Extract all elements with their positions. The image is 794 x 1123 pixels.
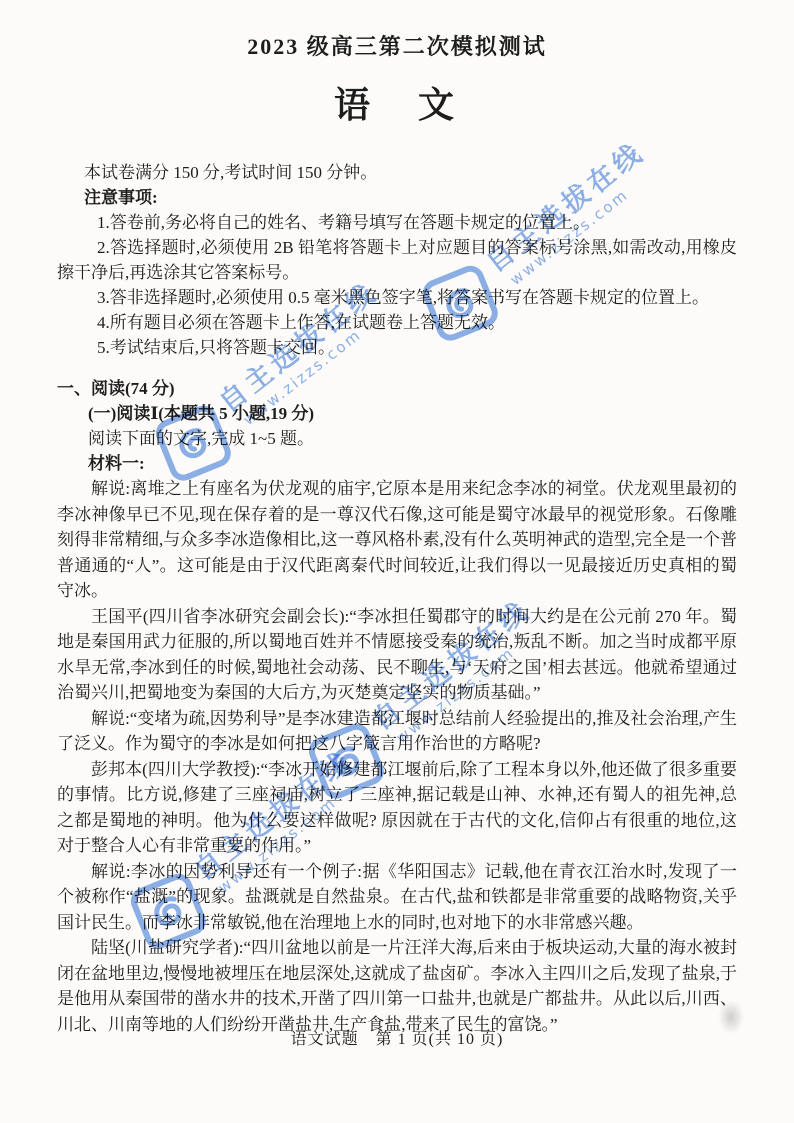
exam-title: 2023 级高三第二次模拟测试 [57, 34, 737, 59]
subject-title: 语 文 [57, 93, 737, 118]
passage-paragraph: 王国平(四川省李冰研究会副会长):“李冰担任蜀郡守的时间大约是在公元前 270 … [57, 604, 737, 706]
exam-page: 2023 级高三第二次模拟测试 语 文 本试卷满分 150 分,考试时间 150… [0, 0, 794, 1123]
notice-item: 1.答卷前,务必将自己的姓名、考籍号填写在答题卡规定的位置上。 [57, 210, 737, 235]
section-heading-reading: 一、阅读(74 分) [57, 376, 737, 401]
notice-item: 3.答非选择题时,必须使用 0.5 毫米黑色签字笔,将答案书写在答题卡规定的位置… [57, 285, 737, 310]
reading-passage: 解说:离堆之上有座名为伏龙观的庙宇,它原本是用来纪念李冰的祠堂。伏龙观里最初的李… [57, 476, 737, 1037]
material-one-label: 材料一: [88, 451, 737, 476]
notice-item: 5.考试结束后,只将答题卡交回。 [57, 335, 737, 360]
reading-instruction: 阅读下面的文字,完成 1~5 题。 [88, 426, 737, 451]
passage-paragraph: 解说:“变堵为疏,因势利导”是李冰建造都江堰时总结前人经验提出的,推及社会治理,… [57, 706, 737, 757]
notice-heading: 注意事项: [84, 185, 737, 210]
notice-list: 1.答卷前,务必将自己的姓名、考籍号填写在答题卡规定的位置上。2.答选择题时,必… [57, 210, 737, 360]
subsection-heading-reading-1: (一)阅读Ⅰ(本题共 5 小题,19 分) [88, 401, 737, 426]
notice-item: 2.答选择题时,必须使用 2B 铅笔将答题卡上对应题目的答案标号涂黑,如需改动,… [57, 235, 737, 285]
passage-paragraph: 陆坚(川盐研究学者):“四川盆地以前是一片汪洋大海,后来由于板块运动,大量的海水… [57, 935, 737, 1037]
page-content: 2023 级高三第二次模拟测试 语 文 本试卷满分 150 分,考试时间 150… [0, 0, 794, 1037]
passage-paragraph: 彭邦本(四川大学教授):“李冰开始修建都江堰前后,除了工程本身以外,他还做了很多… [57, 757, 737, 859]
passage-paragraph: 解说:离堆之上有座名为伏龙观的庙宇,它原本是用来纪念李冰的祠堂。伏龙观里最初的李… [57, 476, 737, 604]
page-footer: 语文试题 第 1 页(共 10 页) [0, 1026, 794, 1049]
passage-paragraph: 解说:李冰的因势利导还有一个例子:据《华阳国志》记载,他在青衣江治水时,发现了一… [57, 859, 737, 936]
notice-item: 4.所有题目必须在答题卡上作答,在试题卷上答题无效。 [57, 310, 737, 335]
exam-intro: 本试卷满分 150 分,考试时间 150 分钟。 [57, 160, 737, 185]
